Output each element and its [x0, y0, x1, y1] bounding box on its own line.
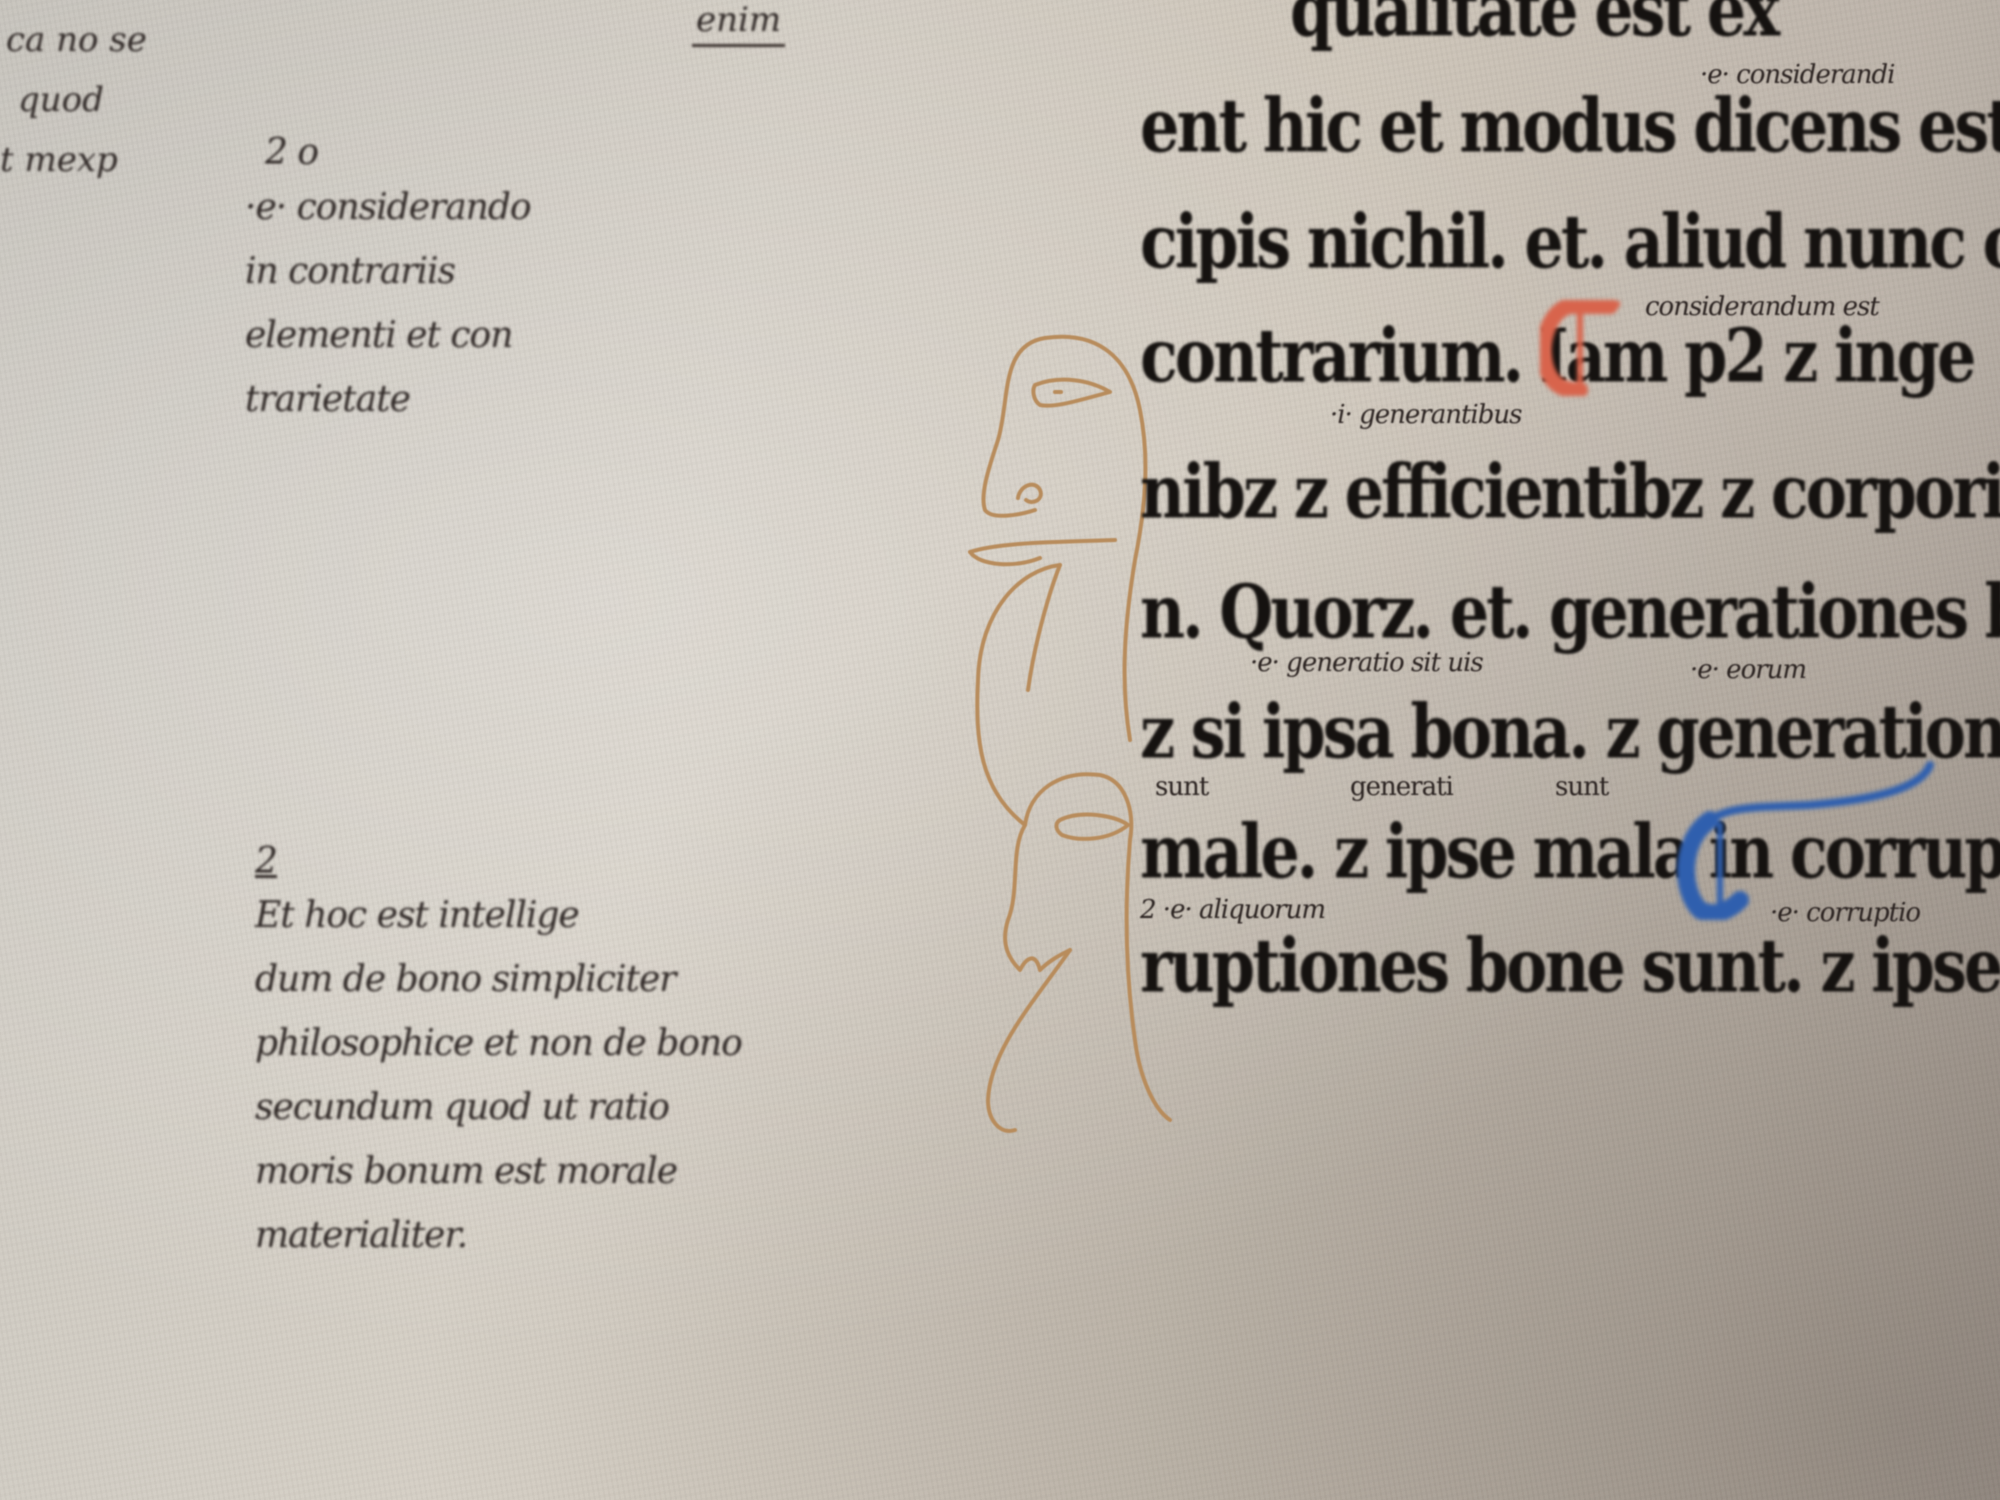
margin-marker: 2 o	[245, 130, 531, 176]
text-line: qualitate est ex	[1290, 0, 1777, 54]
margin-note-lower: 2 Et hoc est intellige dum de bono simpl…	[255, 840, 742, 1268]
interlinear-gloss: considerandum est	[1645, 292, 1879, 322]
red-initial-icon	[1540, 300, 1620, 396]
catchword: enim	[692, 0, 785, 47]
margin-line: dum de bono simpliciter	[255, 948, 742, 1012]
text-line: n. Quorz. et. generationes b	[1140, 568, 2000, 656]
text-line: nibz z efficientibz z corpori	[1140, 448, 2000, 536]
interlinear-gloss: 2 ·e· aliquorum	[1140, 895, 1325, 925]
fragment-line: ca no se	[0, 10, 147, 70]
text-line: cipis nichil. et. aliud nunc os	[1140, 198, 2000, 286]
margin-marker: 2	[255, 840, 742, 884]
fragment-line: t mexp	[0, 130, 147, 190]
margin-line: ·e· considerando	[245, 176, 531, 240]
left-edge-fragment: ca no se quod t mexp	[0, 10, 147, 190]
interlinear-gloss: sunt	[1155, 772, 1208, 802]
interlinear-gloss: ·e· generatio sit uis	[1250, 648, 1483, 678]
margin-line: Et hoc est intellige	[255, 884, 742, 948]
margin-note-upper: 2 o ·e· considerando in contrariis eleme…	[245, 130, 531, 432]
interlinear-gloss: ·e· eorum	[1690, 655, 1806, 685]
margin-line: secundum quod ut ratio	[255, 1076, 742, 1140]
margin-line: elementi et con	[245, 304, 531, 368]
fragment-line: quod	[0, 70, 147, 130]
margin-line: trarietate	[245, 368, 531, 432]
text-line: ruptiones bone sunt. z ipse m	[1140, 922, 2000, 1010]
interlinear-gloss: ·e· considerandi	[1700, 60, 1894, 90]
interlinear-gloss: sunt	[1555, 772, 1608, 802]
margin-line: materialiter.	[255, 1204, 742, 1268]
text-line: ent hic et modus dicens est prin	[1140, 82, 2000, 170]
margin-line: moris bonum est morale	[255, 1140, 742, 1204]
margin-line: in contrariis	[245, 240, 531, 304]
interlinear-gloss: ·i· generantibus	[1330, 400, 1521, 430]
interlinear-gloss: generati	[1350, 772, 1453, 802]
margin-line: philosophice et non de bono	[255, 1012, 742, 1076]
blue-initial-icon	[1670, 760, 1940, 920]
